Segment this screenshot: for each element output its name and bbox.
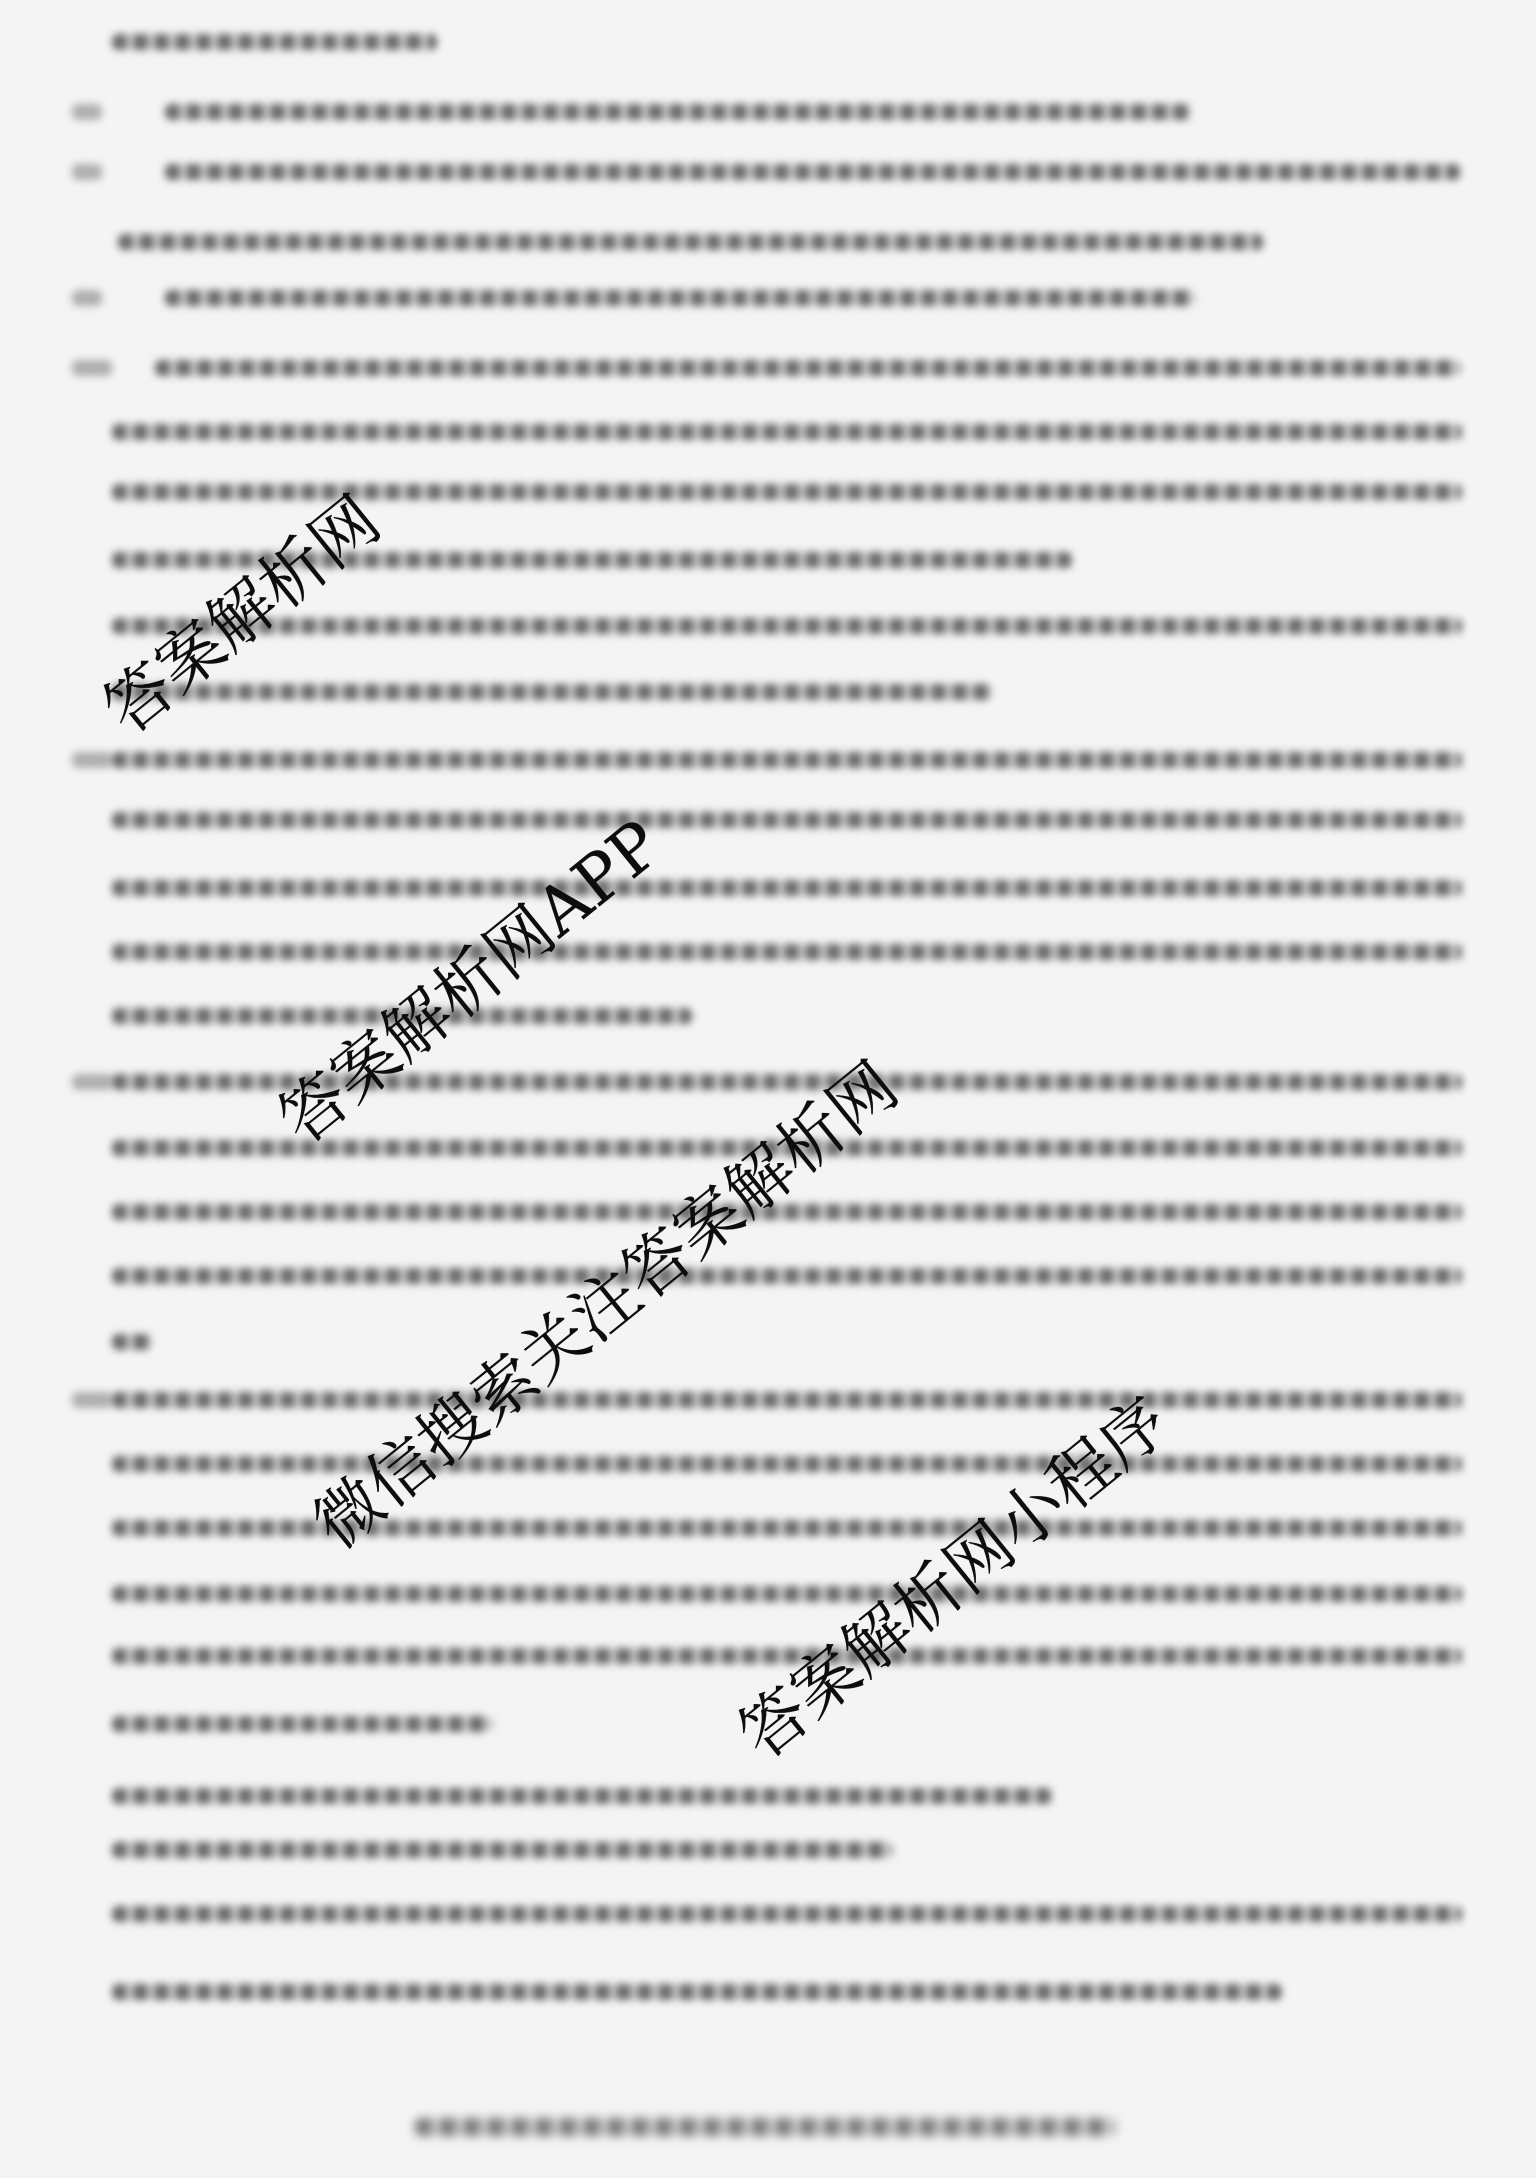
text-line-blurred (112, 1586, 1462, 1602)
text-line-blurred (165, 104, 1190, 120)
watermark-text: 答案解析网APP (268, 810, 672, 1155)
text-line-blurred (112, 752, 1462, 768)
question-number-blurred (72, 752, 112, 768)
question-number-blurred (72, 104, 102, 120)
question-number-blurred (72, 1074, 112, 1090)
text-line-blurred (112, 1984, 1282, 2000)
text-line-blurred (112, 944, 1462, 960)
watermark-text: 微信搜索关注答案解析网 (303, 1052, 909, 1560)
text-line-blurred (165, 290, 1195, 306)
document-page: 答案解析网 答案解析网APP 微信搜索关注答案解析网 答案解析网小程序 (0, 0, 1536, 2178)
watermark-text: 答案解析网 (93, 486, 391, 745)
text-line-blurred (112, 1268, 1462, 1284)
text-line-blurred (112, 618, 1462, 634)
text-line-blurred (112, 812, 1462, 828)
watermark-text: 答案解析网小程序 (728, 1386, 1180, 1770)
text-line-blurred (112, 1456, 1462, 1472)
text-line-blurred (165, 164, 1460, 180)
text-line-blurred (112, 880, 1462, 896)
text-line-blurred (155, 360, 1460, 376)
text-line-blurred (112, 34, 437, 50)
question-number-blurred (72, 360, 112, 376)
text-line-blurred (112, 1334, 152, 1350)
question-number-blurred (72, 1392, 112, 1408)
question-number-blurred (72, 290, 102, 306)
text-line-blurred (112, 1842, 892, 1858)
text-line-blurred (112, 1648, 1462, 1664)
text-line-blurred (112, 684, 992, 700)
text-line-blurred (112, 1392, 1462, 1408)
text-line-blurred (112, 1788, 1052, 1804)
question-number-blurred (72, 164, 102, 180)
page-footer-blurred (415, 2118, 1115, 2136)
text-line-blurred (112, 484, 1462, 500)
text-line-blurred (112, 424, 1462, 440)
text-line-blurred (112, 1716, 492, 1732)
text-line-blurred (118, 234, 1263, 250)
text-line-blurred (112, 1906, 1462, 1922)
